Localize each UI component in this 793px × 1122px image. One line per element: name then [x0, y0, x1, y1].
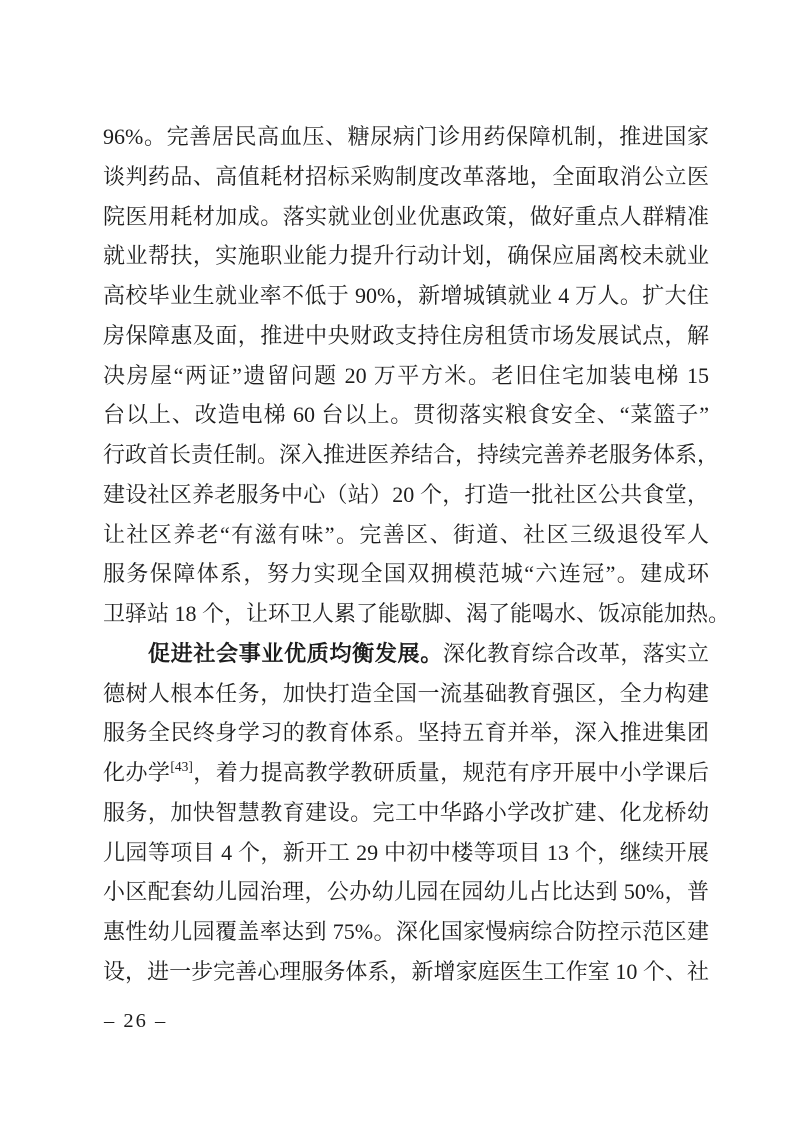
paragraph-lead-bold: 促进社会事业优质均衡发展。 — [148, 641, 443, 666]
text-run: 服务，加快智慧教育建设。完工中华路小学改扩建、化龙桥幼 — [103, 800, 709, 825]
text-line: 高校毕业生就业率不低于 90%，新增城镇就业 4 万人。扩大住 — [103, 276, 709, 316]
text-line: 德树人根本任务，加快打造全国一流基础教育强区，全力构建 — [103, 674, 709, 714]
text-run: 96%。完善居民高血压、糖尿病门诊用药保障机制，推进国家 — [103, 124, 709, 149]
page-number: – 26 – — [104, 1010, 167, 1033]
text-run: 建设社区养老服务中心（站）20 个，打造一批社区公共食堂， — [103, 482, 709, 507]
text-run: 设，进一步完善心理服务体系，新增家庭医生工作室 10 个、社 — [103, 959, 709, 984]
text-run: 化办学 — [103, 760, 170, 785]
text-line: 服务，加快智慧教育建设。完工中华路小学改扩建、化龙桥幼 — [103, 793, 709, 833]
text-line: 行政首长责任制。深入推进医养结合，持续完善养老服务体系， — [103, 435, 709, 475]
text-run: 让社区养老“有滋有味”。完善区、街道、社区三级退役军人 — [103, 522, 709, 547]
text-line: 小区配套幼儿园治理，公办幼儿园在园幼儿占比达到 50%，普 — [103, 872, 709, 912]
text-run: ，着力提高教学教研质量，规范有序开展中小学课后 — [193, 760, 709, 785]
text-run: 房保障惠及面，推进中央财政支持住房租赁市场发展试点，解 — [103, 323, 709, 348]
text-line: 服务全民终身学习的教育体系。坚持五育并举，深入推进集团 — [103, 713, 709, 753]
text-line: 决房屋“两证”遗留问题 20 万平方米。老旧住宅加装电梯 15 — [103, 356, 709, 396]
text-line: 服务保障体系，努力实现全国双拥模范城“六连冠”。建成环 — [103, 554, 709, 594]
text-line: 房保障惠及面，推进中央财政支持住房租赁市场发展试点，解 — [103, 316, 709, 356]
text-run: 服务全民终身学习的教育体系。坚持五育并举，深入推进集团 — [103, 720, 709, 745]
text-line: 设，进一步完善心理服务体系，新增家庭医生工作室 10 个、社 — [103, 952, 709, 992]
text-run: 儿园等项目 4 个，新开工 29 中初中楼等项目 13 个，继续开展 — [103, 840, 709, 865]
text-run: 卫驿站 18 个，让环卫人累了能歇脚、渴了能喝水、饭凉能加热。 — [103, 601, 730, 626]
text-run: 小区配套幼儿园治理，公办幼儿园在园幼儿占比达到 50%，普 — [103, 879, 709, 904]
text-run: 德树人根本任务，加快打造全国一流基础教育强区，全力构建 — [103, 681, 709, 706]
text-run: 行政首长责任制。深入推进医养结合，持续完善养老服务体系， — [103, 442, 719, 467]
text-line: 建设社区养老服务中心（站）20 个，打造一批社区公共食堂， — [103, 475, 709, 515]
text-run: 决房屋“两证”遗留问题 20 万平方米。老旧住宅加装电梯 15 — [103, 363, 709, 388]
text-line: 台以上、改造电梯 60 台以上。贯彻落实粮食安全、“菜篮子” — [103, 395, 709, 435]
text-line: 院医用耗材加成。落实就业创业优惠政策，做好重点人群精准 — [103, 197, 709, 237]
text-run: 惠性幼儿园覆盖率达到 75%。深化国家慢病综合防控示范区建 — [103, 919, 709, 944]
text-line: 卫驿站 18 个，让环卫人累了能歇脚、渴了能喝水、饭凉能加热。 — [103, 594, 709, 634]
footnote-ref: [43] — [170, 759, 193, 774]
text-run: 谈判药品、高值耗材招标采购制度改革落地，全面取消公立医 — [103, 164, 709, 189]
text-run: 就业帮扶，实施职业能力提升行动计划，确保应届离校未就业 — [103, 243, 709, 268]
text-line: 惠性幼儿园覆盖率达到 75%。深化国家慢病综合防控示范区建 — [103, 912, 709, 952]
document-page: 96%。完善居民高血压、糖尿病门诊用药保障机制，推进国家谈判药品、高值耗材招标采… — [0, 0, 793, 1122]
text-run: 台以上、改造电梯 60 台以上。贯彻落实粮食安全、“菜篮子” — [103, 402, 709, 427]
text-run: 服务保障体系，努力实现全国双拥模范城“六连冠”。建成环 — [103, 561, 709, 586]
text-line: 就业帮扶，实施职业能力提升行动计划，确保应届离校未就业 — [103, 236, 709, 276]
text-line: 96%。完善居民高血压、糖尿病门诊用药保障机制，推进国家 — [103, 117, 709, 157]
text-line: 化办学[43]，着力提高教学教研质量，规范有序开展中小学课后 — [103, 753, 709, 793]
text-run: 高校毕业生就业率不低于 90%，新增城镇就业 4 万人。扩大住 — [103, 283, 709, 308]
text-line: 谈判药品、高值耗材招标采购制度改革落地，全面取消公立医 — [103, 157, 709, 197]
body-text: 96%。完善居民高血压、糖尿病门诊用药保障机制，推进国家谈判药品、高值耗材招标采… — [103, 117, 709, 992]
text-run: 院医用耗材加成。落实就业创业优惠政策，做好重点人群精准 — [103, 204, 709, 229]
text-line: 让社区养老“有滋有味”。完善区、街道、社区三级退役军人 — [103, 515, 709, 555]
text-run: 深化教育综合改革，落实立 — [443, 641, 709, 666]
text-line: 促进社会事业优质均衡发展。深化教育综合改革，落实立 — [103, 634, 709, 674]
text-line: 儿园等项目 4 个，新开工 29 中初中楼等项目 13 个，继续开展 — [103, 833, 709, 873]
